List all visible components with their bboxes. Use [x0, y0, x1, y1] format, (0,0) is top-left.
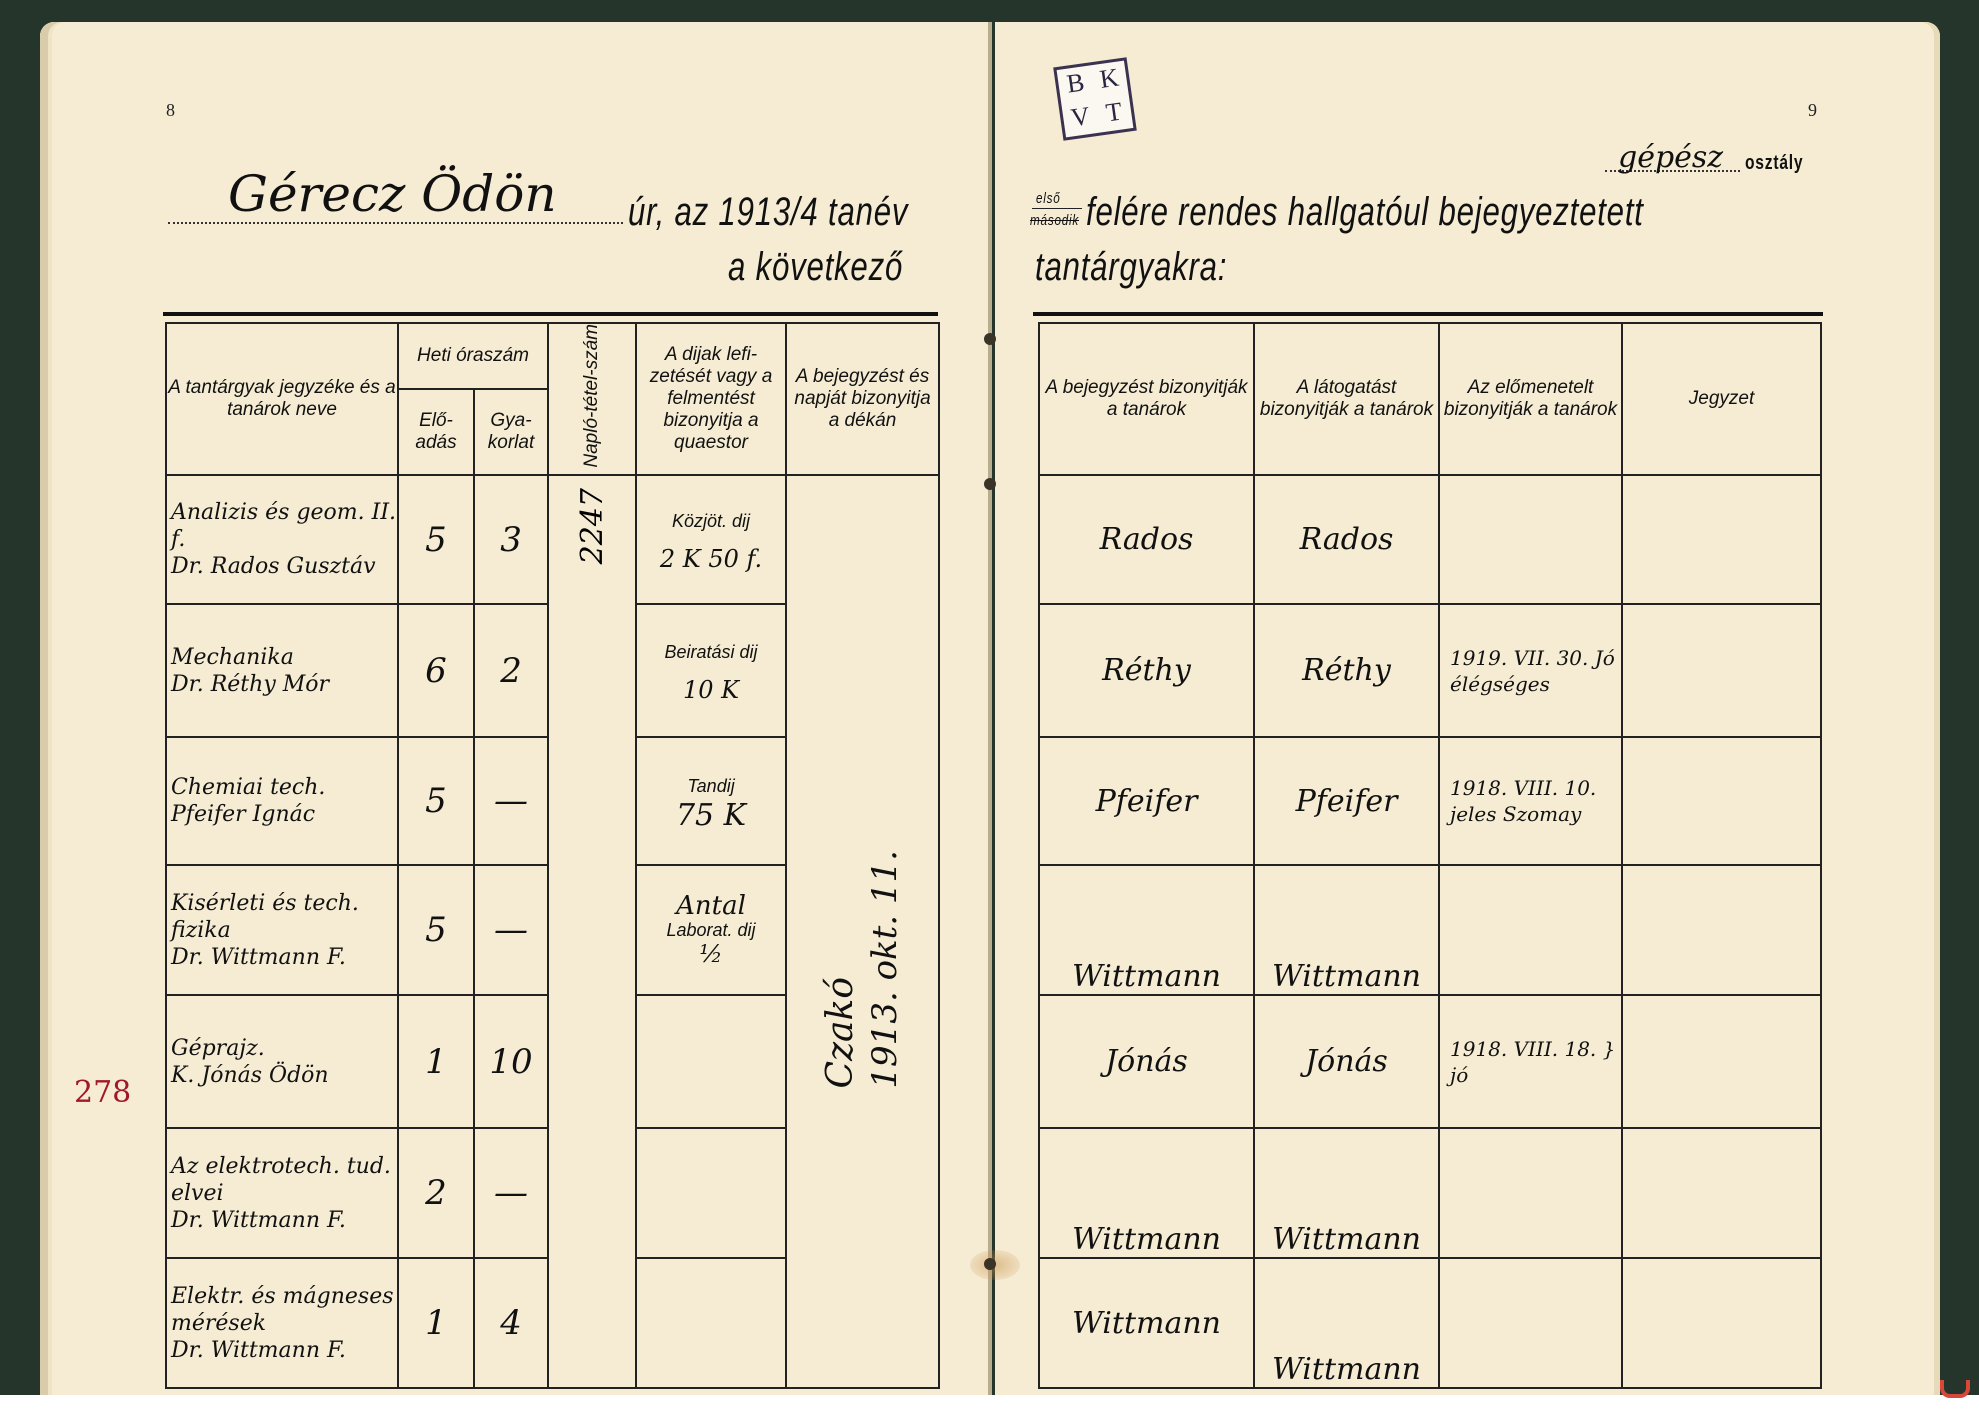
- log-number-value: 2247: [575, 488, 610, 564]
- subject-cell: Kisérleti és tech. fizikaDr. Wittmann F.: [166, 865, 398, 995]
- header-text-line2-right: tantárgyakra:: [1035, 245, 1227, 290]
- progress-cell: 1918. VIII. 10. jeles Szomay: [1439, 737, 1622, 865]
- subject-cell: Az elektrotech. tud. elveiDr. Wittmann F…: [166, 1128, 398, 1258]
- table-row: Wittmann Wittmann: [1039, 1128, 1821, 1258]
- margin-note-red: 278: [74, 1075, 131, 1110]
- header-progress: Az előmenetelt bizonyitják a tanárok: [1439, 323, 1622, 475]
- header-text-line2: a következő: [728, 245, 903, 290]
- fee-cell: Közjöt. dij2 K 50 f.: [636, 475, 786, 604]
- header-log-number: Napló-tétel-szám: [548, 323, 636, 475]
- practice-hours: —: [474, 1128, 548, 1258]
- fee-cell-empty: [636, 995, 786, 1128]
- lecture-hours: 5: [398, 475, 474, 604]
- header-log-number-text: Napló-tétel-szám: [581, 324, 603, 468]
- student-name: Gérecz Ödön: [228, 165, 557, 223]
- registration-signature: Wittmann: [1039, 1258, 1254, 1388]
- table-row: Réthy Réthy 1919. VII. 30. Jó élégséges: [1039, 604, 1821, 737]
- subject-cell: Géprajz.K. Jónás Ödön: [166, 995, 398, 1128]
- header-lecture: Elő-adás: [398, 389, 474, 475]
- fee-cell-empty: [636, 1128, 786, 1258]
- attendance-signature: Wittmann: [1254, 865, 1439, 995]
- header-weekly-hours: Heti óraszám: [398, 323, 548, 389]
- header-practice: Gya-korlat: [474, 389, 548, 475]
- fee-cell: Beiratási dij10 K: [636, 604, 786, 737]
- dean-signature: Czakó: [820, 977, 861, 1088]
- class-label: osztály: [1745, 152, 1803, 175]
- subject-cell: MechanikaDr. Réthy Mór: [166, 604, 398, 737]
- registration-signature: Rados: [1039, 475, 1254, 604]
- table-row: Analizis és geom. II. f.Dr. Rados Gusztá…: [166, 475, 939, 604]
- note-cell: [1622, 737, 1821, 865]
- practice-hours: —: [474, 865, 548, 995]
- header-attendance: A látogatást bizonyitják a tanárok: [1254, 323, 1439, 475]
- table-row: Jónás Jónás 1918. VIII. 18. } jó: [1039, 995, 1821, 1128]
- attendance-signature: Pfeifer: [1254, 737, 1439, 865]
- semester-divider: [1032, 208, 1082, 209]
- note-cell: [1622, 1128, 1821, 1258]
- header-text-line1: úr, az 1913/4 tanév: [628, 190, 908, 235]
- note-cell: [1622, 1258, 1821, 1388]
- registration-signature: Jónás: [1039, 995, 1254, 1128]
- table-top-rule: [163, 312, 938, 316]
- lecture-hours: 5: [398, 865, 474, 995]
- progress-cell: 1919. VII. 30. Jó élégséges: [1439, 604, 1622, 737]
- header-registration: A bejegyzést bizonyitják a tanárok: [1039, 323, 1254, 475]
- note-cell: [1622, 995, 1821, 1128]
- table-row: Rados Rados: [1039, 475, 1821, 604]
- subject-cell: Elektr. és mágneses mérésekDr. Wittmann …: [166, 1258, 398, 1388]
- semester-second-struck: második: [1030, 212, 1079, 229]
- note-cell: [1622, 475, 1821, 604]
- certification-table: A bejegyzést bizonyitják a tanárok A lát…: [1038, 322, 1822, 1389]
- progress-cell: 1918. VIII. 18. } jó: [1439, 995, 1622, 1128]
- registration-signature: Wittmann: [1039, 865, 1254, 995]
- practice-hours: 2: [474, 604, 548, 737]
- header-subjects: A tantárgyak jegyzéke és a tanárok neve: [166, 323, 398, 475]
- table-row: Wittmann Wittmann: [1039, 865, 1821, 995]
- binding-hole: [984, 478, 996, 490]
- lecture-hours: 5: [398, 737, 474, 865]
- log-number-cell: 2247: [548, 475, 636, 1388]
- registration-signature: Wittmann: [1039, 1128, 1254, 1258]
- practice-hours: 10: [474, 995, 548, 1128]
- lecture-hours: 1: [398, 1258, 474, 1388]
- class-value: gépész: [1618, 140, 1723, 175]
- lecture-hours: 2: [398, 1128, 474, 1258]
- table-top-rule-right: [1033, 312, 1823, 316]
- registration-signature: Pfeifer: [1039, 737, 1254, 865]
- fee-cell: Tandij75 K: [636, 737, 786, 865]
- corner-mark-icon: [1940, 1380, 1970, 1398]
- practice-hours: 4: [474, 1258, 548, 1388]
- lecture-hours: 1: [398, 995, 474, 1128]
- header-fees: A dijak lefi-zetését vagy a felmentést b…: [636, 323, 786, 475]
- practice-hours: 3: [474, 475, 548, 604]
- fee-cell: AntalLaborat. dij½: [636, 865, 786, 995]
- page-number-right: 9: [1808, 100, 1817, 121]
- note-cell: [1622, 604, 1821, 737]
- note-cell: [1622, 865, 1821, 995]
- semester-first: első: [1036, 190, 1061, 207]
- binding-hole: [984, 1258, 996, 1270]
- progress-cell: [1439, 1258, 1622, 1388]
- attendance-signature: Wittmann: [1254, 1258, 1439, 1388]
- registration-signature: Réthy: [1039, 604, 1254, 737]
- dean-date: 1913. okt. 11.: [865, 850, 905, 1089]
- fee-cell-empty: [636, 1258, 786, 1388]
- lecture-hours: 6: [398, 604, 474, 737]
- header-text-line1-right: felére rendes hallgatóul bejegyeztetett: [1086, 190, 1644, 235]
- subject-cell: Chemiai tech.Pfeifer Ignác: [166, 737, 398, 865]
- attendance-signature: Wittmann: [1254, 1128, 1439, 1258]
- progress-cell: [1439, 865, 1622, 995]
- practice-hours: —: [474, 737, 548, 865]
- dean-signature-cell: Czakó 1913. okt. 11.: [786, 475, 939, 1388]
- attendance-signature: Réthy: [1254, 604, 1439, 737]
- attendance-signature: Jónás: [1254, 995, 1439, 1128]
- page-number-left: 8: [166, 100, 175, 121]
- subjects-table: A tantárgyak jegyzéke és a tanárok neve …: [165, 322, 940, 1389]
- library-stamp: BK VT: [1053, 57, 1137, 141]
- header-note: Jegyzet: [1622, 323, 1821, 475]
- table-row: Wittmann Wittmann: [1039, 1258, 1821, 1388]
- book-spine: [988, 22, 992, 1395]
- quaestor-signature: Antal: [637, 894, 785, 918]
- progress-cell: [1439, 475, 1622, 604]
- subject-cell: Analizis és geom. II. f.Dr. Rados Gusztá…: [166, 475, 398, 604]
- header-dean: A bejegyzést és napját bizonyitja a déká…: [786, 323, 939, 475]
- attendance-signature: Rados: [1254, 475, 1439, 604]
- progress-cell: [1439, 1128, 1622, 1258]
- binding-hole: [984, 333, 996, 345]
- table-row: Pfeifer Pfeifer 1918. VIII. 10. jeles Sz…: [1039, 737, 1821, 865]
